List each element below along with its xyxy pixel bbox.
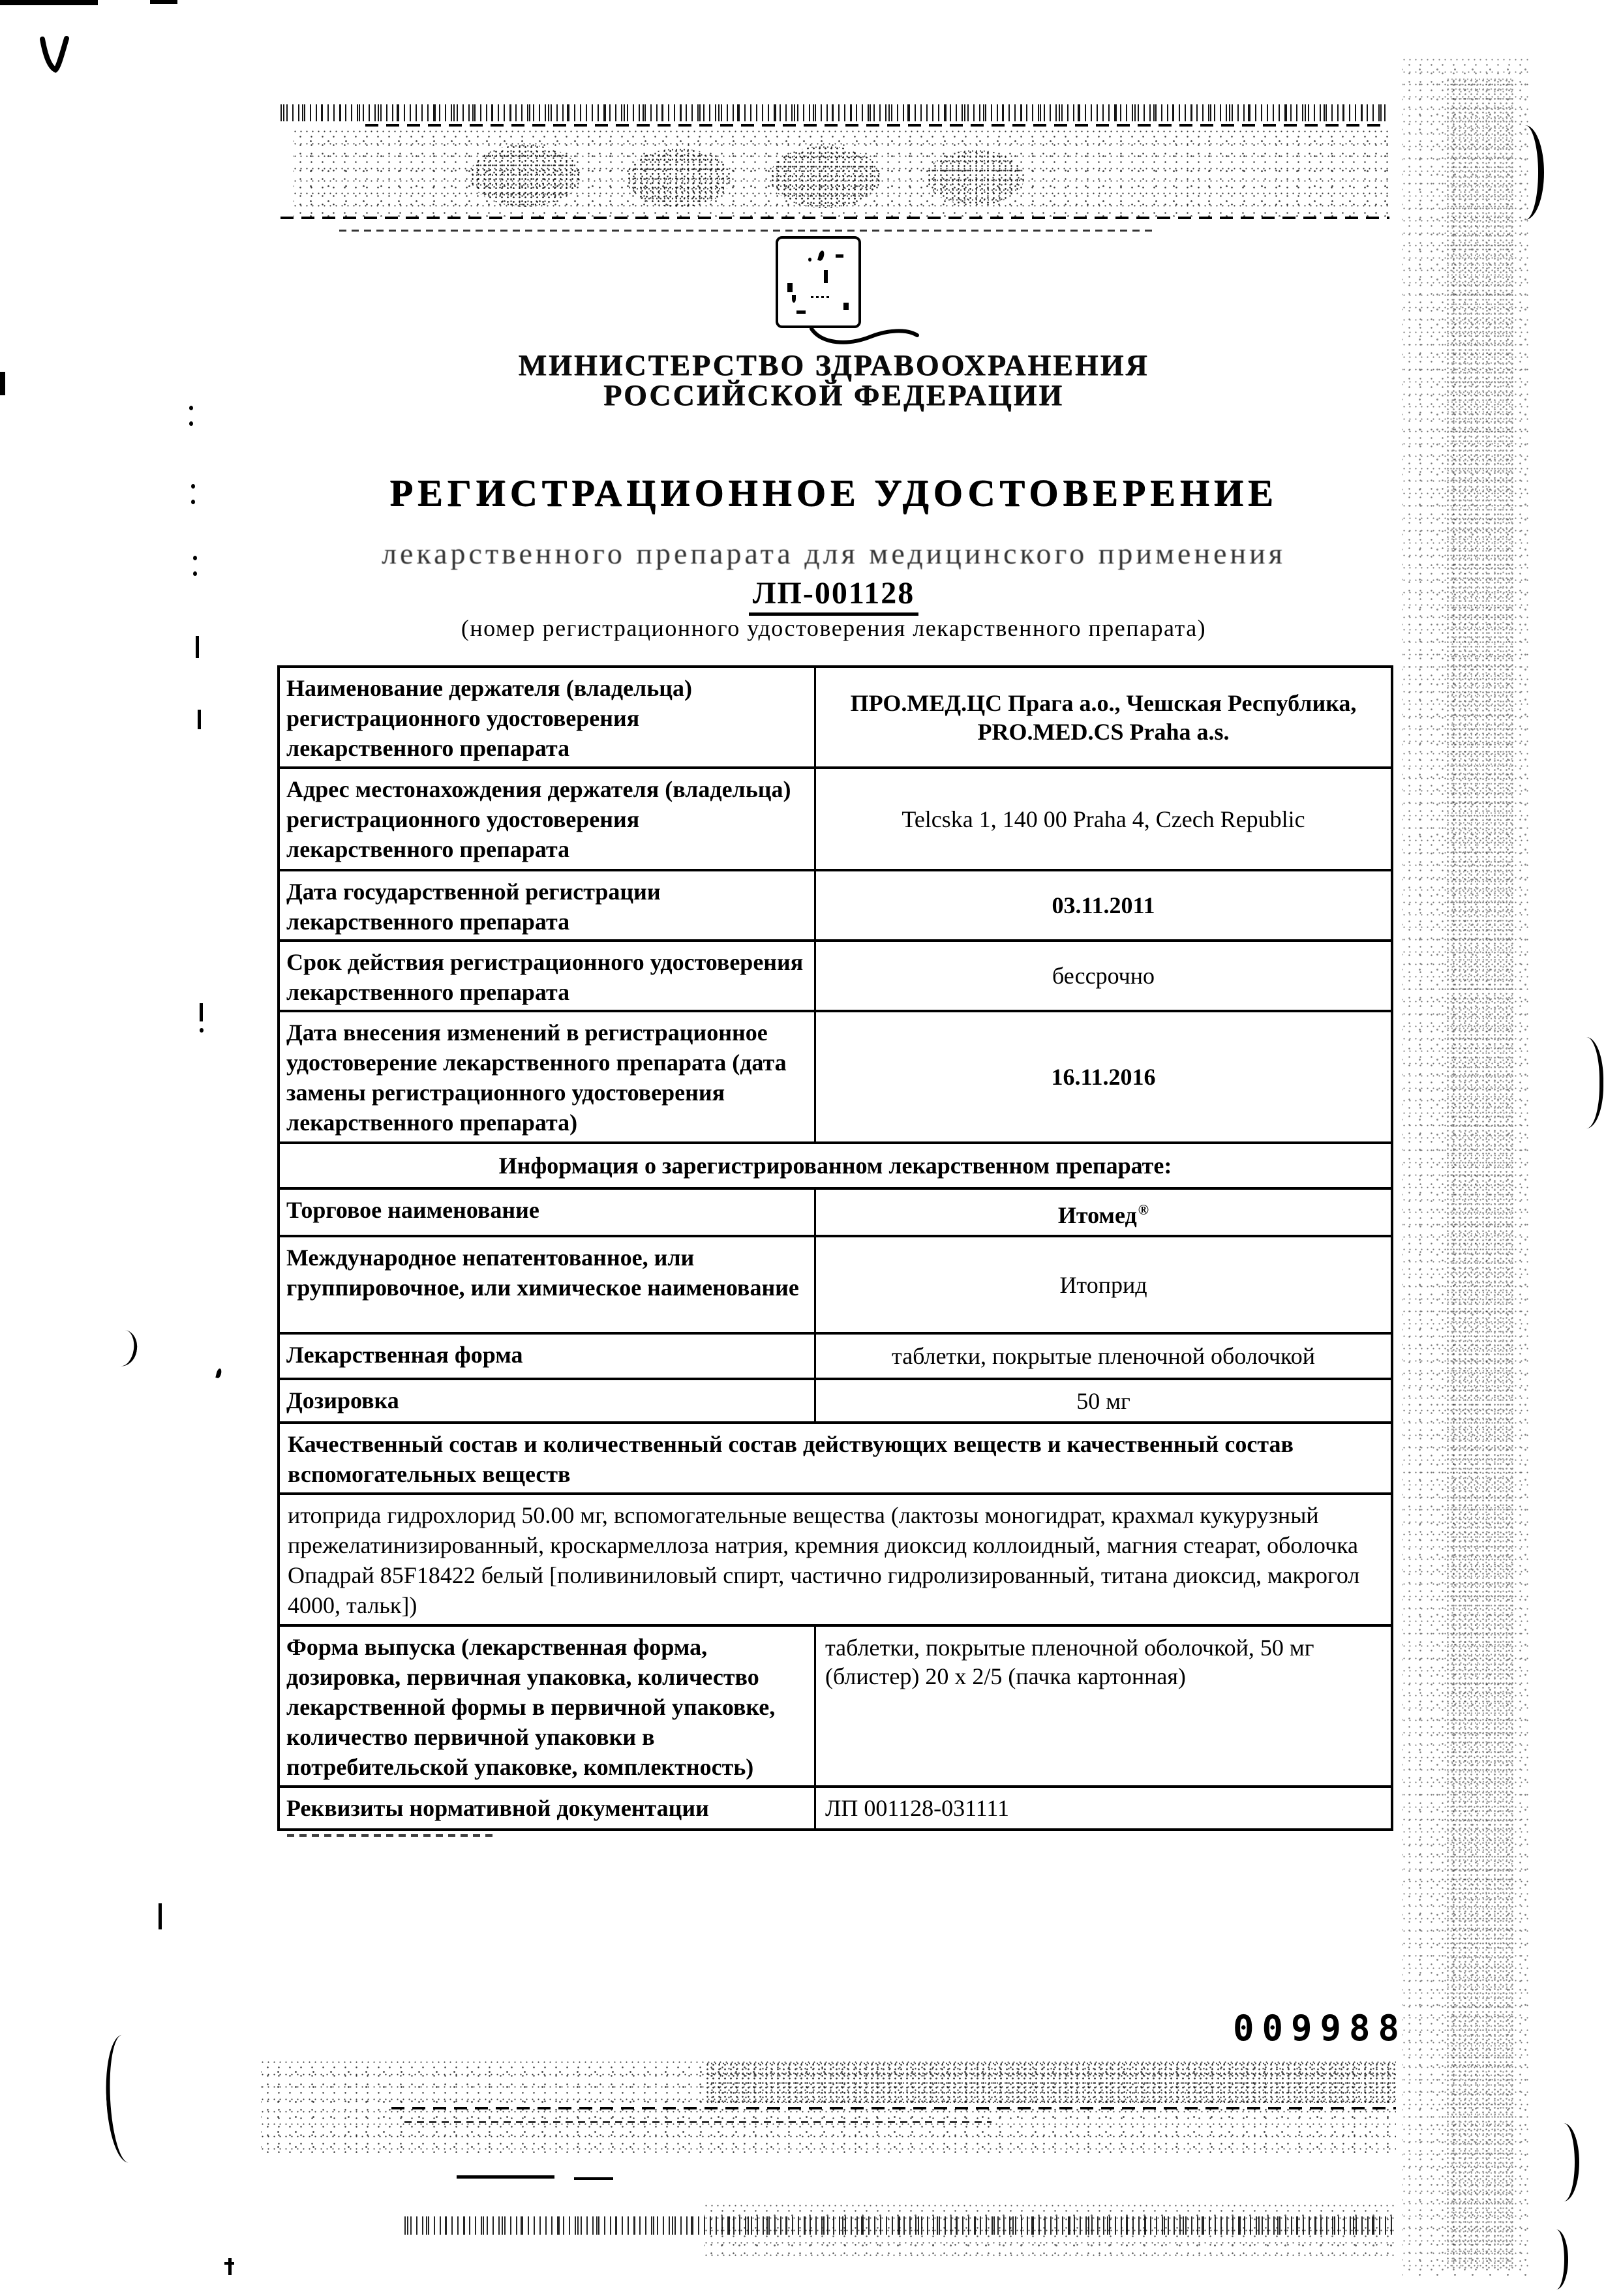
document-title: РЕГИСТРАЦИОННОЕ УДОСТОВЕРЕНИЕ — [274, 471, 1393, 515]
table-section-header-row: Информация о зарегистрированном лекарств… — [280, 1144, 1391, 1190]
scan-noise-line — [457, 2175, 554, 2179]
scan-speck — [200, 1003, 203, 1021]
row-value: таблетки, покрытые пленочной оболочкой — [816, 1335, 1391, 1378]
scan-noise-line — [287, 1834, 496, 1837]
registered-trademark-symbol: ® — [1138, 1201, 1149, 1218]
table-row-holder-address: Адрес местонахождения держателя (владель… — [280, 769, 1391, 871]
document-subtitle: лекарственного препарата для медицинског… — [274, 536, 1393, 571]
scan-speck — [193, 571, 197, 576]
scan-speck — [215, 1368, 222, 1378]
section-header: Информация о зарегистрированном лекарств… — [280, 1151, 1391, 1181]
row-label: Дата государственной регистрации лекарст… — [280, 871, 816, 939]
coat-of-arms-emblem — [776, 236, 861, 328]
table-row-trade-name: Торговое наименование Итомед® — [280, 1190, 1391, 1237]
row-value: 03.11.2011 — [816, 871, 1391, 939]
trade-name: Итомед — [1058, 1202, 1137, 1228]
row-value: ЛП 001128-031111 — [816, 1788, 1391, 1828]
scan-noise-tick-row — [280, 104, 1389, 121]
row-label: Наименование держателя (владельца) регис… — [280, 668, 816, 766]
table-row-strength: Дозировка 50 мг — [280, 1380, 1391, 1424]
scan-arc-artifact — [118, 1330, 140, 1368]
row-label: Лекарственная форма — [280, 1335, 816, 1378]
scan-speck — [189, 421, 193, 426]
scan-noise-blob — [626, 149, 731, 207]
scan-edge-artifact — [150, 0, 177, 4]
handwritten-check-mark — [38, 36, 73, 75]
table-row-normative-docs: Реквизиты нормативной документации ЛП 00… — [280, 1788, 1391, 1828]
row-value: 50 мг — [816, 1380, 1391, 1421]
scan-speck — [191, 500, 195, 504]
scan-noise-tick-row — [404, 2216, 1396, 2235]
emblem-tail-flourish — [809, 325, 920, 347]
registration-number-caption: (номер регистрационного удостоверения ле… — [274, 614, 1393, 642]
scan-noise-line — [574, 2177, 613, 2180]
row-label: Дозировка — [280, 1380, 816, 1421]
scan-speck — [191, 484, 195, 489]
scan-speck — [224, 2262, 234, 2265]
scan-speck — [198, 710, 201, 729]
composition-text: итоприда гидрохлорид 50.00 мг, вспомогат… — [280, 1495, 1391, 1624]
row-label: Форма выпуска (лекарственная форма, дози… — [280, 1627, 816, 1785]
scan-speck — [228, 2258, 232, 2275]
table-row-dosage-form: Лекарственная форма таблетки, покрытые п… — [280, 1335, 1391, 1380]
registration-table: Наименование держателя (владельца) регис… — [277, 665, 1393, 1831]
scan-arc-artifact — [1560, 2123, 1579, 2201]
scan-speck — [159, 1903, 162, 1929]
scan-noise-line — [339, 230, 1155, 232]
row-value: бессрочно — [816, 942, 1391, 1010]
scan-arc-artifact — [1551, 2229, 1568, 2289]
row-label: Срок действия регистрационного удостовер… — [280, 942, 816, 1010]
ministry-name-line2: РОССИЙСКОЙ ФЕДЕРАЦИИ — [274, 380, 1393, 410]
scan-edge-artifact — [0, 372, 5, 395]
ministry-name-line1: МИНИСТЕРСТВО ЗДРАВООХРАНЕНИЯ — [274, 350, 1393, 380]
row-label: Адрес местонахождения держателя (владель… — [280, 769, 816, 869]
scan-edge-artifact — [0, 0, 98, 5]
row-label: Реквизиты нормативной документации — [280, 1788, 816, 1828]
row-label: Международное непатентованное, или групп… — [280, 1237, 816, 1332]
scan-noise-blob — [770, 146, 881, 208]
table-row-composition-header: Качественный состав и количественный сос… — [280, 1424, 1391, 1495]
table-row-inn: Международное непатентованное, или групп… — [280, 1237, 1391, 1335]
scan-noise-right-band-dense — [1445, 78, 1513, 2270]
table-row-registration-date: Дата государственной регистрации лекарст… — [280, 871, 1391, 942]
scan-noise-line — [280, 217, 1389, 219]
scan-noise-line — [404, 2121, 992, 2123]
table-row-validity: Срок действия регистрационного удостовер… — [280, 942, 1391, 1012]
scan-speck — [196, 636, 199, 658]
row-value: Telcska 1, 140 00 Praha 4, Czech Republi… — [816, 769, 1391, 869]
row-value: Итоприд — [816, 1237, 1391, 1332]
table-row-composition-text: итоприда гидрохлорид 50.00 мг, вспомогат… — [280, 1495, 1391, 1627]
scan-noise-blob — [926, 150, 1024, 205]
registration-number-wrap: ЛП-001128 — [274, 575, 1393, 616]
table-row-release-form: Форма выпуска (лекарственная форма, дози… — [280, 1627, 1391, 1788]
registration-number: ЛП-001128 — [749, 575, 918, 616]
scan-arc-artifact — [1521, 125, 1544, 220]
scan-speck — [200, 1028, 204, 1033]
scan-noise-blob — [470, 145, 581, 207]
scan-arc-artifact — [1586, 1037, 1603, 1128]
composition-header: Качественный состав и количественный сос… — [280, 1424, 1391, 1492]
row-value: таблетки, покрытые пленочной оболочкой, … — [816, 1627, 1391, 1785]
row-value: ПРО.МЕД.ЦС Прага а.о., Чешская Республик… — [816, 668, 1391, 766]
row-value: Итомед® — [816, 1190, 1391, 1235]
scan-arc-artifact — [103, 2034, 140, 2164]
scan-noise-line — [365, 124, 1383, 127]
table-row-holder-name: Наименование держателя (владельца) регис… — [280, 668, 1391, 769]
row-label: Дата внесения изменений в регистрационно… — [280, 1012, 816, 1141]
row-value: 16.11.2016 — [816, 1012, 1391, 1141]
scan-speck — [193, 556, 197, 560]
scan-noise-band-dense — [705, 2062, 1396, 2103]
scan-noise-line — [391, 2107, 1396, 2109]
table-row-amendment-date: Дата внесения изменений в регистрационно… — [280, 1012, 1391, 1144]
serial-number-stamp: 009988 — [1233, 2008, 1407, 2049]
row-label: Торговое наименование — [280, 1190, 816, 1235]
scan-speck — [189, 406, 193, 410]
